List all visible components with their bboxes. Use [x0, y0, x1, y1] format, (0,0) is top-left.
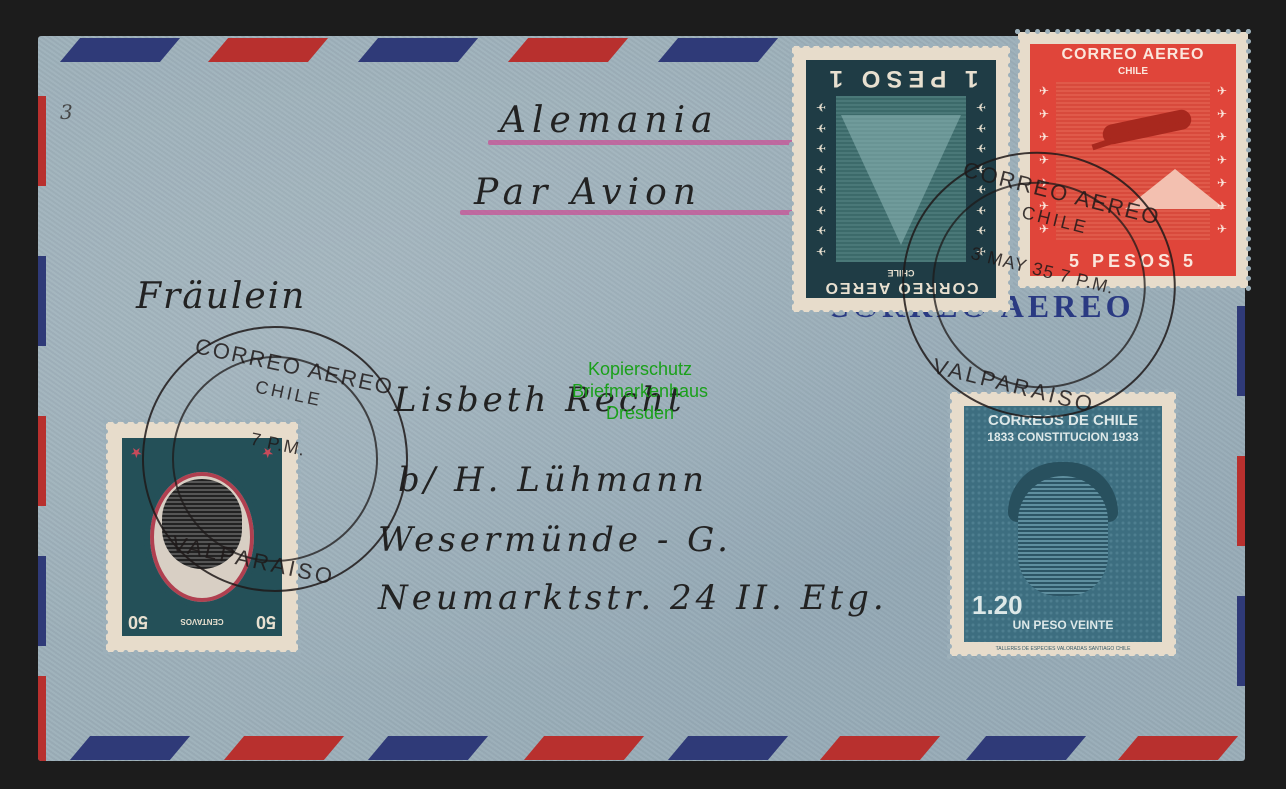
airmail-stripe-red	[208, 38, 328, 62]
airmail-stripe-blue	[668, 736, 788, 760]
airmail-stripe-red	[38, 416, 46, 506]
stamp-bottom-text: UN PESO VEINTE	[964, 618, 1162, 632]
airmail-stripe-red	[508, 38, 628, 62]
airmail-stripe-red	[224, 736, 344, 760]
airmail-stripe-blue	[1237, 596, 1245, 686]
watermark-line: Kopierschutz	[560, 358, 720, 380]
airmail-stripe-blue	[38, 556, 46, 646]
airmail-stripe-blue	[358, 38, 478, 62]
airmail-stripe-blue	[70, 736, 190, 760]
plane-border-icon: ✈✈✈✈✈✈✈✈	[810, 100, 832, 258]
salutation: Fräulein	[136, 276, 306, 317]
address-line: Wesermünde - G.	[378, 520, 732, 560]
airmail-stripe-red	[524, 736, 644, 760]
portrait-icon	[1018, 476, 1108, 596]
stamp-value: 1.20	[972, 590, 1023, 621]
stamp-imprint: TALLERES DE ESPECIES VALORADAS SANTIAGO …	[964, 646, 1162, 652]
pencil-mark: 3	[60, 100, 73, 124]
airmail-stripe-blue	[1237, 306, 1245, 396]
stamp-denomination: CENTAVOS	[122, 617, 282, 626]
address-line: Neumarktstr. 24 II. Etg.	[378, 578, 888, 618]
plane-border-icon: ✈✈✈✈✈✈✈	[1212, 84, 1232, 236]
airmail-stripe-blue	[658, 38, 778, 62]
stamp-1-20: CORREOS DE CHILE 1833 CONSTITUCION 1933 …	[952, 394, 1174, 654]
airmail-stripe-red	[1118, 736, 1238, 760]
watermark-line: Dresden	[560, 402, 720, 424]
address-line: b/ H. Lühmann	[398, 460, 708, 500]
star-icon: ★	[130, 444, 143, 461]
airmail-stripe-blue	[368, 736, 488, 760]
airmail-stripe-blue	[38, 256, 46, 346]
airmail-stripe-blue	[60, 38, 180, 62]
airmail-stripe-red	[1237, 456, 1245, 546]
destination-country: Alemania	[500, 100, 719, 141]
watermark-line: Briefmarkenhaus	[560, 380, 720, 402]
airmail-stripe-blue	[966, 736, 1086, 760]
airmail-stripe-red	[820, 736, 940, 760]
copy-protection-watermark: Kopierschutz Briefmarkenhaus Dresden	[560, 358, 720, 424]
stamp-value: 1 PESO 1	[806, 64, 996, 92]
routing-note: Par Avion	[474, 172, 702, 213]
stamp-top-text: CORREO AEREO	[1030, 46, 1236, 64]
stamp-sub-text: CHILE	[1030, 66, 1236, 77]
airmail-stripe-red	[38, 676, 46, 761]
stamp-sub-text: 1833 CONSTITUCION 1933	[964, 430, 1162, 444]
airmail-stripe-red	[38, 96, 46, 186]
